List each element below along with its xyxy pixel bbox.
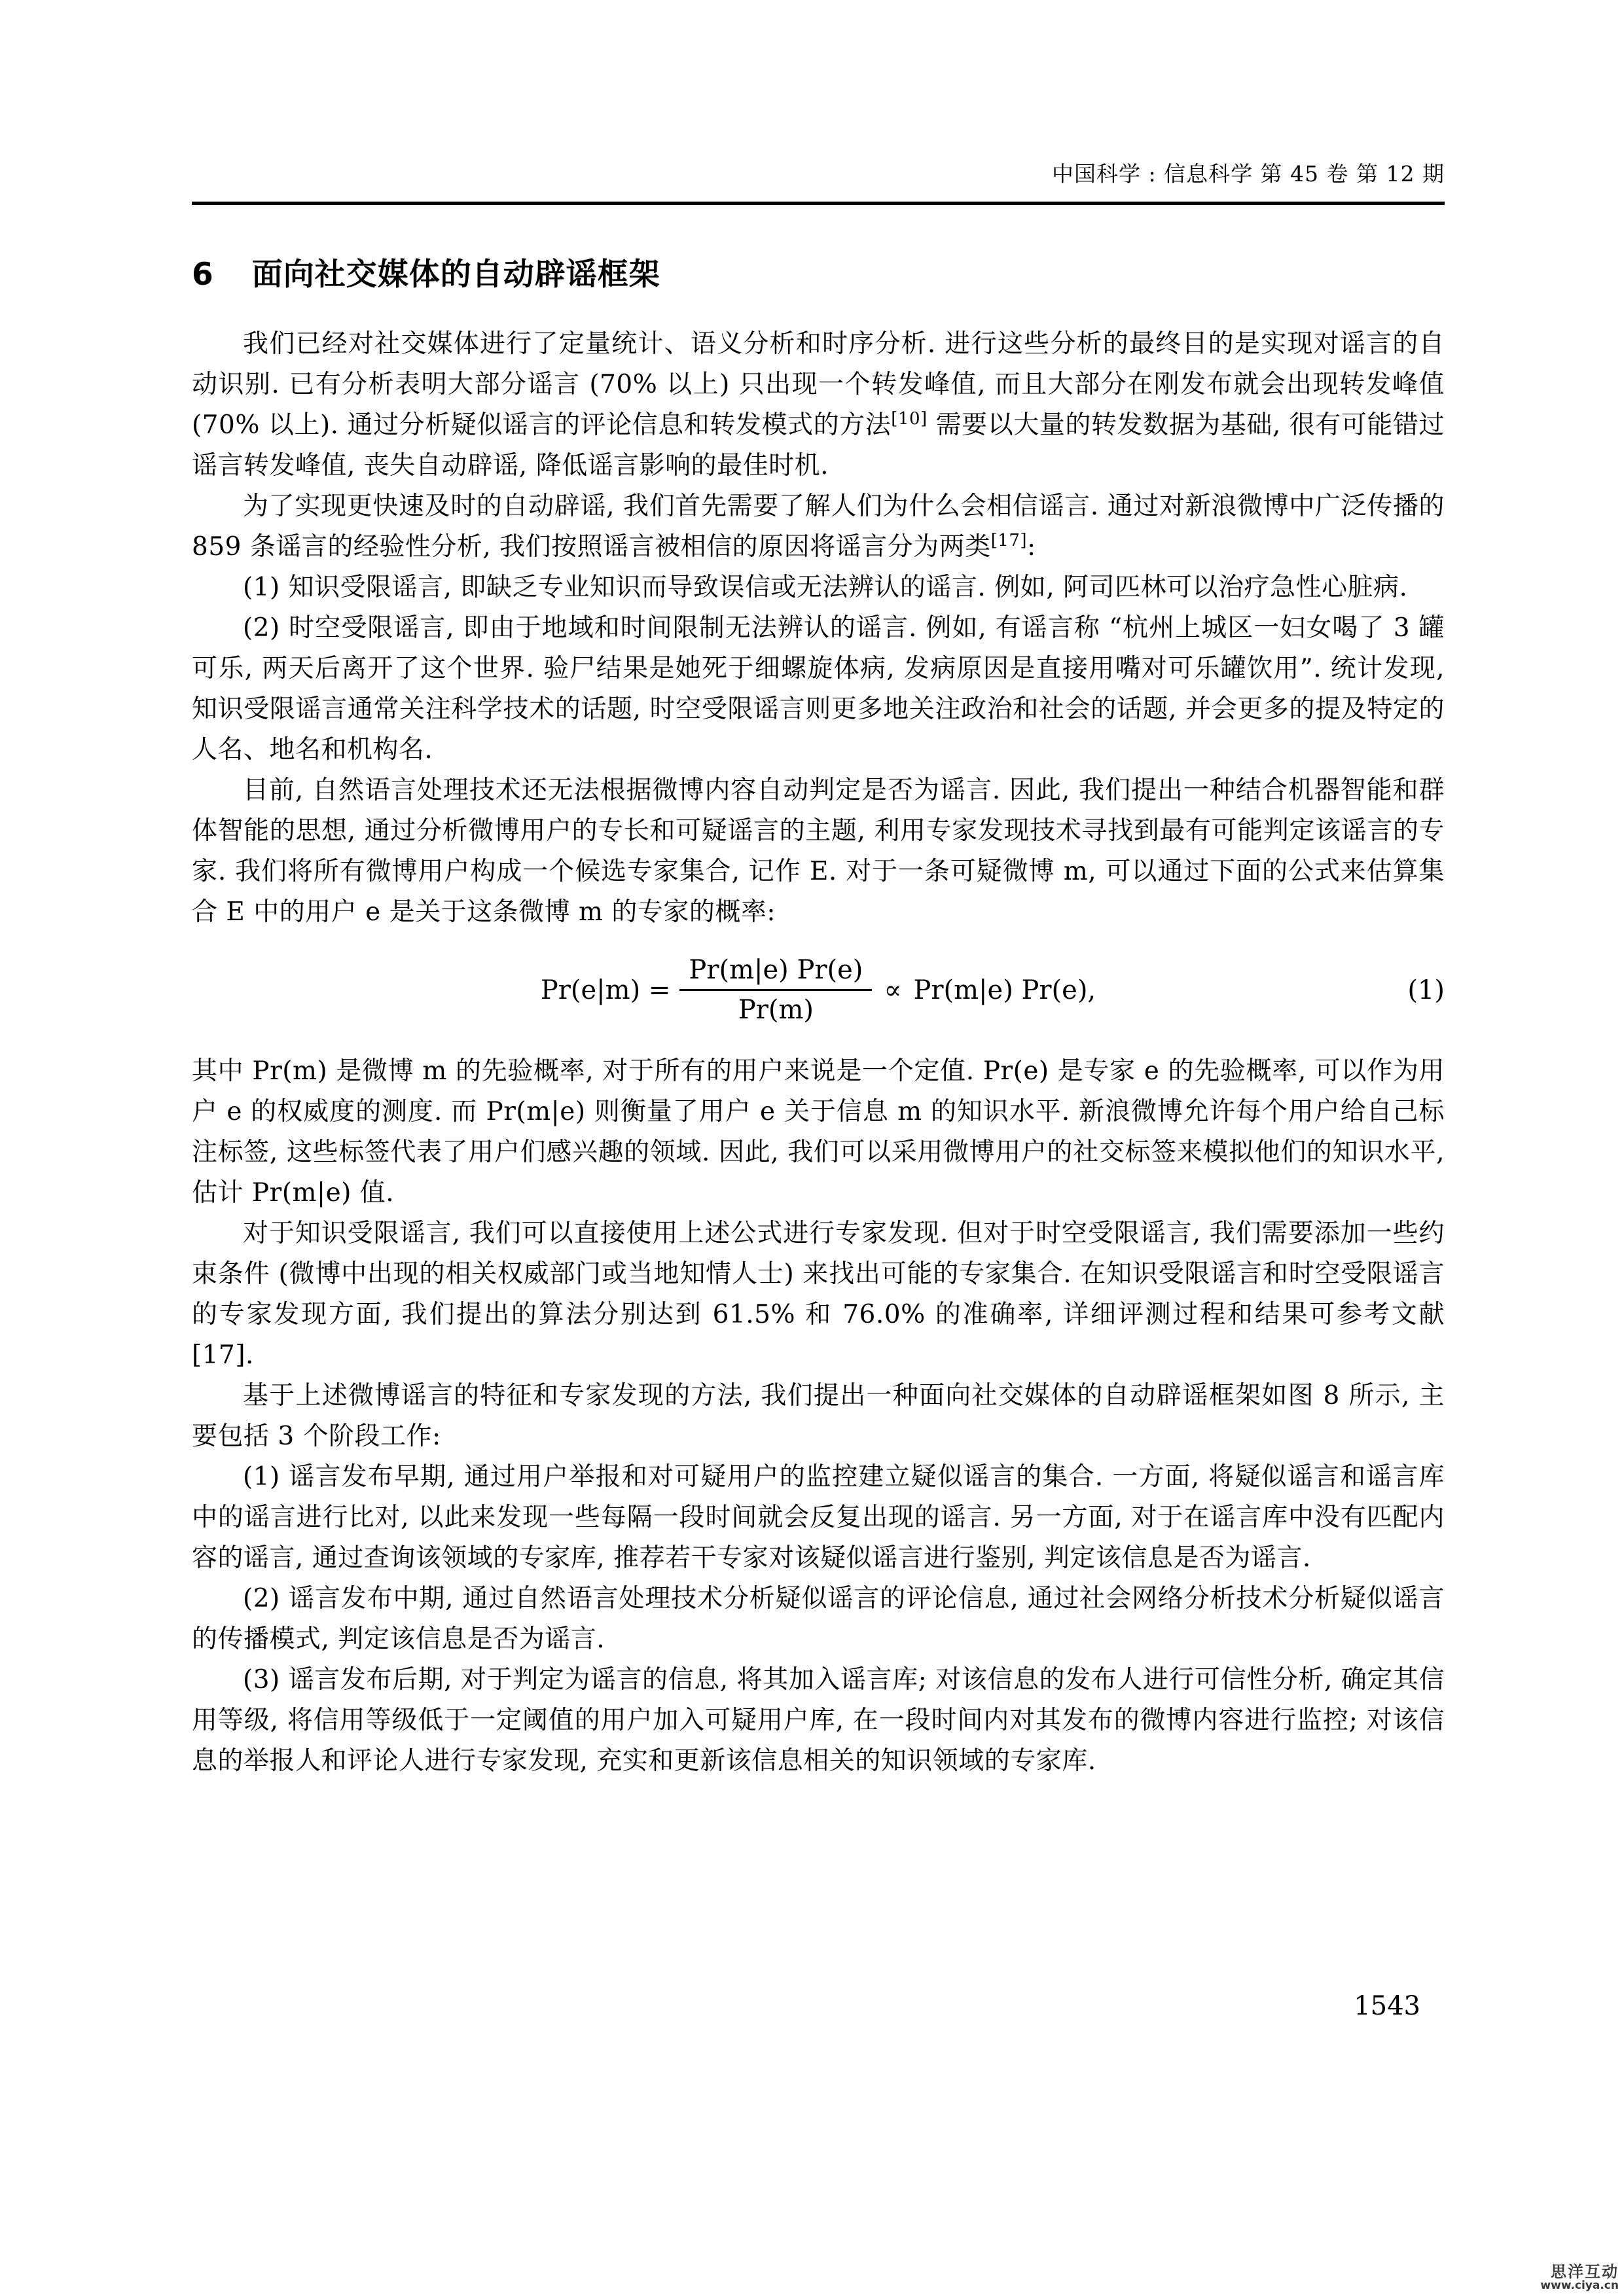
paragraph-7: 对于知识受限谣言, 我们可以直接使用上述公式进行专家发现. 但对于时空受限谣言,… — [192, 1213, 1445, 1376]
paragraph-8: 基于上述微博谣言的特征和专家发现的方法, 我们提出一种面向社交媒体的自动辟谣框架… — [192, 1376, 1445, 1457]
fraction-numerator: Pr(m|e) Pr(e) — [679, 955, 872, 989]
paragraph-6: 其中 Pr(m) 是微博 m 的先验概率, 对于所有的用户来说是一个定值. Pr… — [192, 1051, 1445, 1213]
paragraph-10-stage-2: (2) 谣言发布中期, 通过自然语言处理技术分析疑似谣言的评论信息, 通过社会网… — [192, 1579, 1445, 1660]
paragraph-4-list-item-2: (2) 时空受限谣言, 即由于地域和时间限制无法辨认的谣言. 例如, 有谣言称 … — [192, 608, 1445, 770]
page-content: 6面向社交媒体的自动辟谣框架 我们已经对社交媒体进行了定量统计、语义分析和时序分… — [192, 250, 1445, 1782]
section-number: 6 — [192, 257, 214, 293]
journal-header-text: 中国科学 : 信息科学 第 45 卷 第 12 期 — [1052, 161, 1445, 187]
citation-ref-10: [10] — [891, 409, 927, 429]
fraction-denominator: Pr(m) — [679, 989, 872, 1025]
equation-fraction: Pr(m|e) Pr(e) Pr(m) — [679, 955, 872, 1025]
paragraph-2-text: 为了实现更快速及时的自动辟谣, 我们首先需要了解人们为什么会相信谣言. 通过对新… — [192, 492, 1445, 562]
paragraph-9-stage-1: (1) 谣言发布早期, 通过用户举报和对可疑用户的监控建立疑似谣言的集合. 一方… — [192, 1457, 1445, 1579]
equation-1: Pr(e|m) = Pr(m|e) Pr(e) Pr(m) ∝ Pr(m|e) … — [192, 955, 1445, 1025]
header-rule — [192, 202, 1445, 205]
watermark-brand-text: 思洋互动 — [1540, 2264, 1619, 2280]
paper-page: 中国科学 : 信息科学 第 45 卷 第 12 期 6面向社交媒体的自动辟谣框架… — [0, 0, 1624, 2296]
page-number: 1543 — [1354, 1991, 1420, 2021]
paragraph-3-list-item-1: (1) 知识受限谣言, 即缺乏专业知识而导致误信或无法辨认的谣言. 例如, 阿司… — [192, 567, 1445, 608]
citation-ref-17: [17] — [991, 531, 1027, 550]
running-header: 中国科学 : 信息科学 第 45 卷 第 12 期 — [1052, 157, 1445, 188]
section-heading: 6面向社交媒体的自动辟谣框架 — [192, 250, 1445, 294]
section-title-text: 面向社交媒体的自动辟谣框架 — [252, 257, 660, 293]
paragraph-11-stage-3: (3) 谣言发布后期, 对于判定为谣言的信息, 将其加入谣言库; 对该信息的发布… — [192, 1660, 1445, 1782]
watermark-url-text: www.ciya.cn — [1540, 2280, 1619, 2292]
paragraph-5: 目前, 自然语言处理技术还无法根据微博内容自动判定是否为谣言. 因此, 我们提出… — [192, 770, 1445, 933]
equation-lhs: Pr(e|m) = — [541, 975, 671, 1005]
paragraph-2-text-cont: : — [1027, 532, 1036, 562]
proportional-to-symbol: ∝ — [884, 975, 901, 1005]
paragraph-2: 为了实现更快速及时的自动辟谣, 我们首先需要了解人们为什么会相信谣言. 通过对新… — [192, 486, 1445, 567]
watermark: 思洋互动 www.ciya.cn — [1540, 2264, 1619, 2292]
equation-rhs: Pr(m|e) Pr(e), — [913, 975, 1096, 1005]
paragraph-1: 我们已经对社交媒体进行了定量统计、语义分析和时序分析. 进行这些分析的最终目的是… — [192, 324, 1445, 486]
equation-number: (1) — [1407, 975, 1445, 1005]
